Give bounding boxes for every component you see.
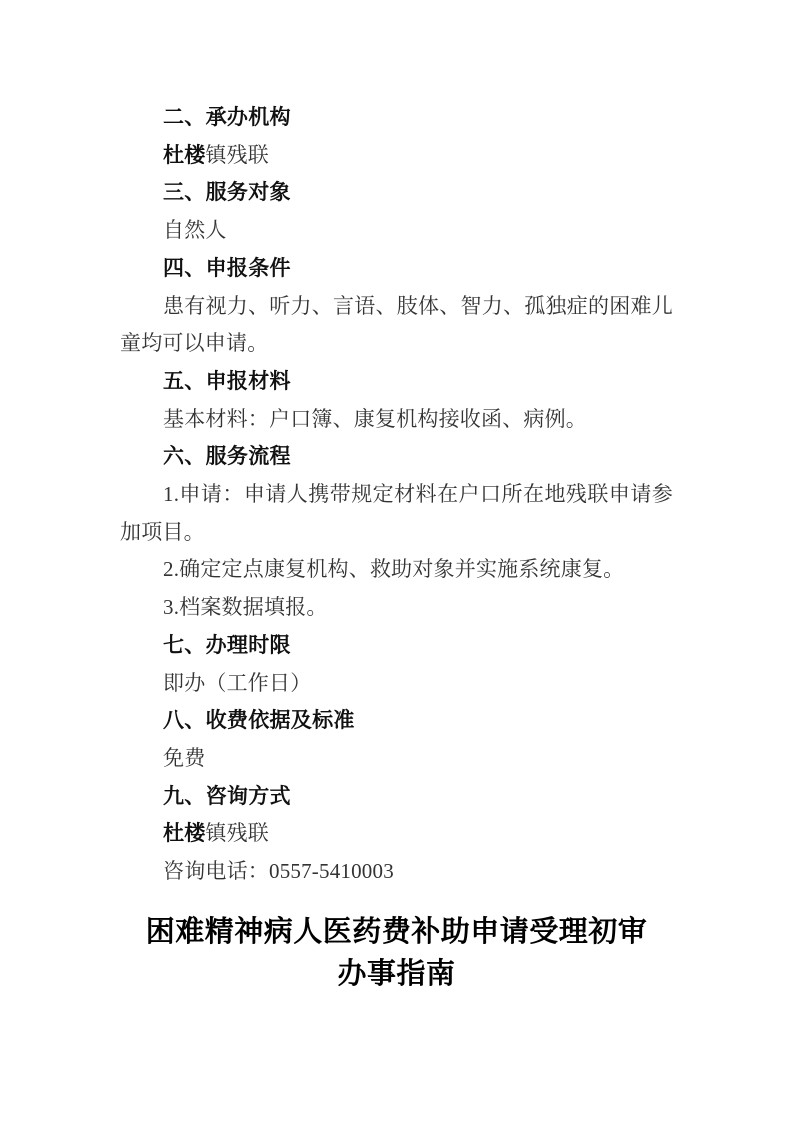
org-name-bold: 杜楼 [163, 144, 205, 167]
section-2-body: 杜楼镇残联 [120, 137, 673, 175]
section-9-heading: 九、咨询方式 [120, 778, 673, 816]
section-7-body: 即办（工作日） [120, 665, 673, 703]
section-6-step-1: 1.申请：申请人携带规定材料在户口所在地残联申请参加项目。 [120, 476, 673, 551]
section-3-body: 自然人 [120, 212, 673, 250]
section-4-body: 患有视力、听力、言语、肢体、智力、孤独症的困难儿童均可以申请。 [120, 288, 673, 363]
section-2-heading: 二、承办机构 [120, 99, 673, 137]
section-5-body: 基本材料：户口簿、康复机构接收函、病例。 [120, 401, 673, 439]
document-page: 二、承办机构 杜楼镇残联 三、服务对象 自然人 四、申报条件 患有视力、听力、言… [0, 0, 793, 1122]
document-body: 二、承办机构 杜楼镇残联 三、服务对象 自然人 四、申报条件 患有视力、听力、言… [120, 99, 673, 891]
section-6-step-3: 3.档案数据填报。 [120, 589, 673, 627]
section-9-body: 杜楼镇残联 [120, 815, 673, 853]
next-guide-title-line-1: 困难精神病人医药费补助申请受理初审 [0, 911, 793, 953]
section-4-heading: 四、申报条件 [120, 250, 673, 288]
org-name-rest: 镇残联 [205, 821, 269, 845]
section-8-heading: 八、收费依据及标准 [120, 702, 673, 740]
section-6-heading: 六、服务流程 [120, 438, 673, 476]
section-8-body: 免费 [120, 740, 673, 778]
next-guide-title: 困难精神病人医药费补助申请受理初审 办事指南 [0, 911, 793, 995]
section-5-heading: 五、申报材料 [120, 363, 673, 401]
section-6-step-2: 2.确定定点康复机构、救助对象并实施系统康复。 [120, 551, 673, 589]
org-name-rest: 镇残联 [205, 143, 269, 167]
section-9-phone: 咨询电话：0557-5410003 [120, 853, 673, 891]
section-7-heading: 七、办理时限 [120, 627, 673, 665]
next-guide-title-line-2: 办事指南 [0, 953, 793, 995]
org-name-bold: 杜楼 [163, 822, 205, 845]
section-3-heading: 三、服务对象 [120, 174, 673, 212]
